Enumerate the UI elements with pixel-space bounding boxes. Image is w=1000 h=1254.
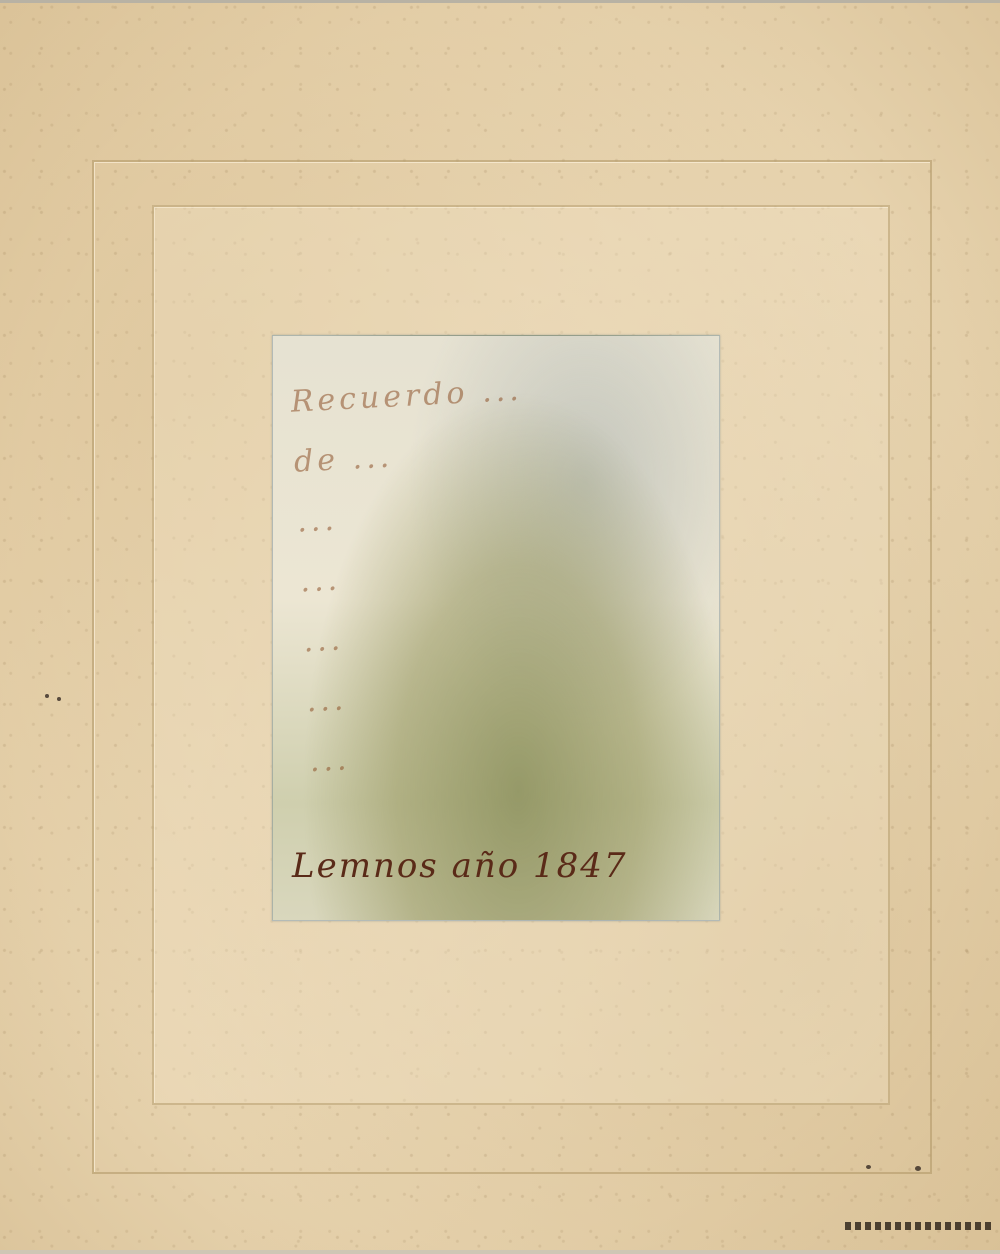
card-back: Recuerdo ... de ... ... ... ... ... ... … — [0, 0, 1000, 1254]
ink-spot — [866, 1165, 871, 1169]
ink-spot — [45, 694, 49, 698]
ink-spot — [57, 697, 61, 701]
card-bottom-edge — [0, 1250, 1000, 1254]
edge-wear — [845, 1222, 995, 1230]
faded-inscription: Recuerdo ... de ... ... ... ... ... ... — [289, 348, 790, 793]
card-top-edge — [0, 0, 1000, 3]
date-inscription: Lemnos año 1847 — [292, 846, 712, 886]
ink-spot — [915, 1166, 921, 1171]
